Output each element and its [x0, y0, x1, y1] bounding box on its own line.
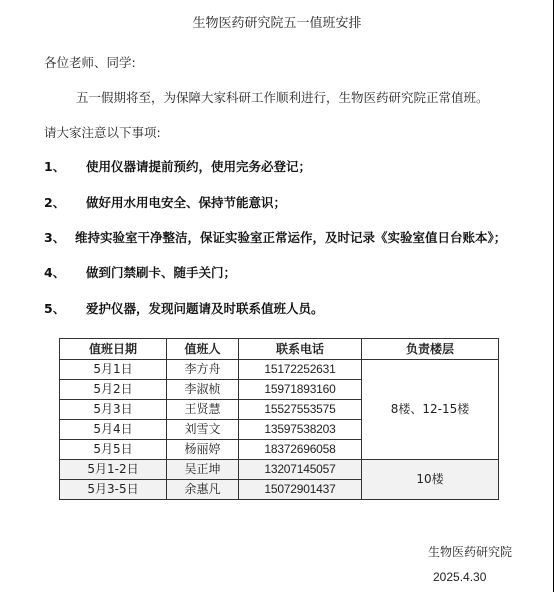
table-header-row: 值班日期 值班人 联系电话 负责楼层 — [60, 339, 499, 360]
item-text: 做好用水用电安全、保持节能意识； — [86, 193, 286, 211]
intro-paragraph: 五一假期将至，为保障大家科研工作顺利进行，生物医药研究院正常值班。 — [76, 88, 489, 106]
cell-date: 5月1日 — [60, 360, 167, 380]
item-number: 5、 — [44, 299, 86, 317]
cell-phone: 18372696058 — [239, 440, 362, 460]
header-person: 值班人 — [167, 339, 239, 360]
notice-lead: 请大家注意以下事项: — [44, 123, 161, 141]
notice-item: 2、做好用水用电安全、保持节能意识； — [44, 193, 286, 211]
notice-item: 1、使用仪器请提前预约，使用完务必登记； — [44, 157, 311, 175]
item-text: 使用仪器请提前预约，使用完务必登记； — [86, 157, 311, 175]
header-floor: 负责楼层 — [362, 339, 499, 360]
cell-person: 余惠凡 — [167, 480, 239, 500]
cell-phone: 15072901437 — [239, 480, 362, 500]
duty-schedule-table: 值班日期 值班人 联系电话 负责楼层 5月1日 李方舟 15172252631 … — [59, 338, 499, 500]
item-number: 4、 — [44, 263, 86, 281]
salutation: 各位老师、同学: — [44, 53, 136, 71]
cell-date: 5月2日 — [60, 380, 167, 400]
document-title: 生物医药研究院五一值班安排 — [0, 12, 554, 31]
notice-item: 3、维持实验室干净整洁，保证实验室正常运作，及时记录《实验室值日台账本》； — [44, 228, 506, 246]
cell-phone: 15971893160 — [239, 380, 362, 400]
table-row: 5月1日 李方舟 15172252631 8楼、12-15楼 — [60, 360, 499, 380]
cell-phone: 13207145057 — [239, 460, 362, 480]
cell-date: 5月3日 — [60, 400, 167, 420]
signature: 生物医药研究院 — [428, 543, 512, 560]
cell-phone: 13597538203 — [239, 420, 362, 440]
table-row: 5月1-2日 吴正坤 13207145057 10楼 — [60, 460, 499, 480]
cell-date: 5月5日 — [60, 440, 167, 460]
cell-phone: 15172252631 — [239, 360, 362, 380]
notice-item: 5、爱护仪器，发现问题请及时联系值班人员。 — [44, 299, 324, 317]
cell-date: 5月1-2日 — [60, 460, 167, 480]
cell-person: 李淑桢 — [167, 380, 239, 400]
item-number: 2、 — [44, 193, 86, 211]
header-phone: 联系电话 — [239, 339, 362, 360]
cell-person: 李方舟 — [167, 360, 239, 380]
item-text: 做到门禁刷卡、随手关门； — [86, 263, 236, 281]
notice-item: 4、做到门禁刷卡、随手关门； — [44, 263, 236, 281]
cell-person: 杨丽婷 — [167, 440, 239, 460]
cell-floor: 8楼、12-15楼 — [362, 360, 499, 460]
signature-date: 2025.4.30 — [433, 570, 486, 584]
item-number: 1、 — [44, 157, 86, 175]
cell-person: 吴正坤 — [167, 460, 239, 480]
cell-date: 5月4日 — [60, 420, 167, 440]
item-text: 爱护仪器，发现问题请及时联系值班人员。 — [86, 299, 324, 317]
cell-phone: 15527553575 — [239, 400, 362, 420]
cell-person: 王贤慧 — [167, 400, 239, 420]
item-text: 维持实验室干净整洁，保证实验室正常运作，及时记录《实验室值日台账本》； — [75, 228, 506, 246]
header-date: 值班日期 — [60, 339, 167, 360]
item-number: 3、 — [44, 228, 75, 246]
cell-floor: 10楼 — [362, 460, 499, 500]
cell-person: 刘雪文 — [167, 420, 239, 440]
cell-date: 5月3-5日 — [60, 480, 167, 500]
